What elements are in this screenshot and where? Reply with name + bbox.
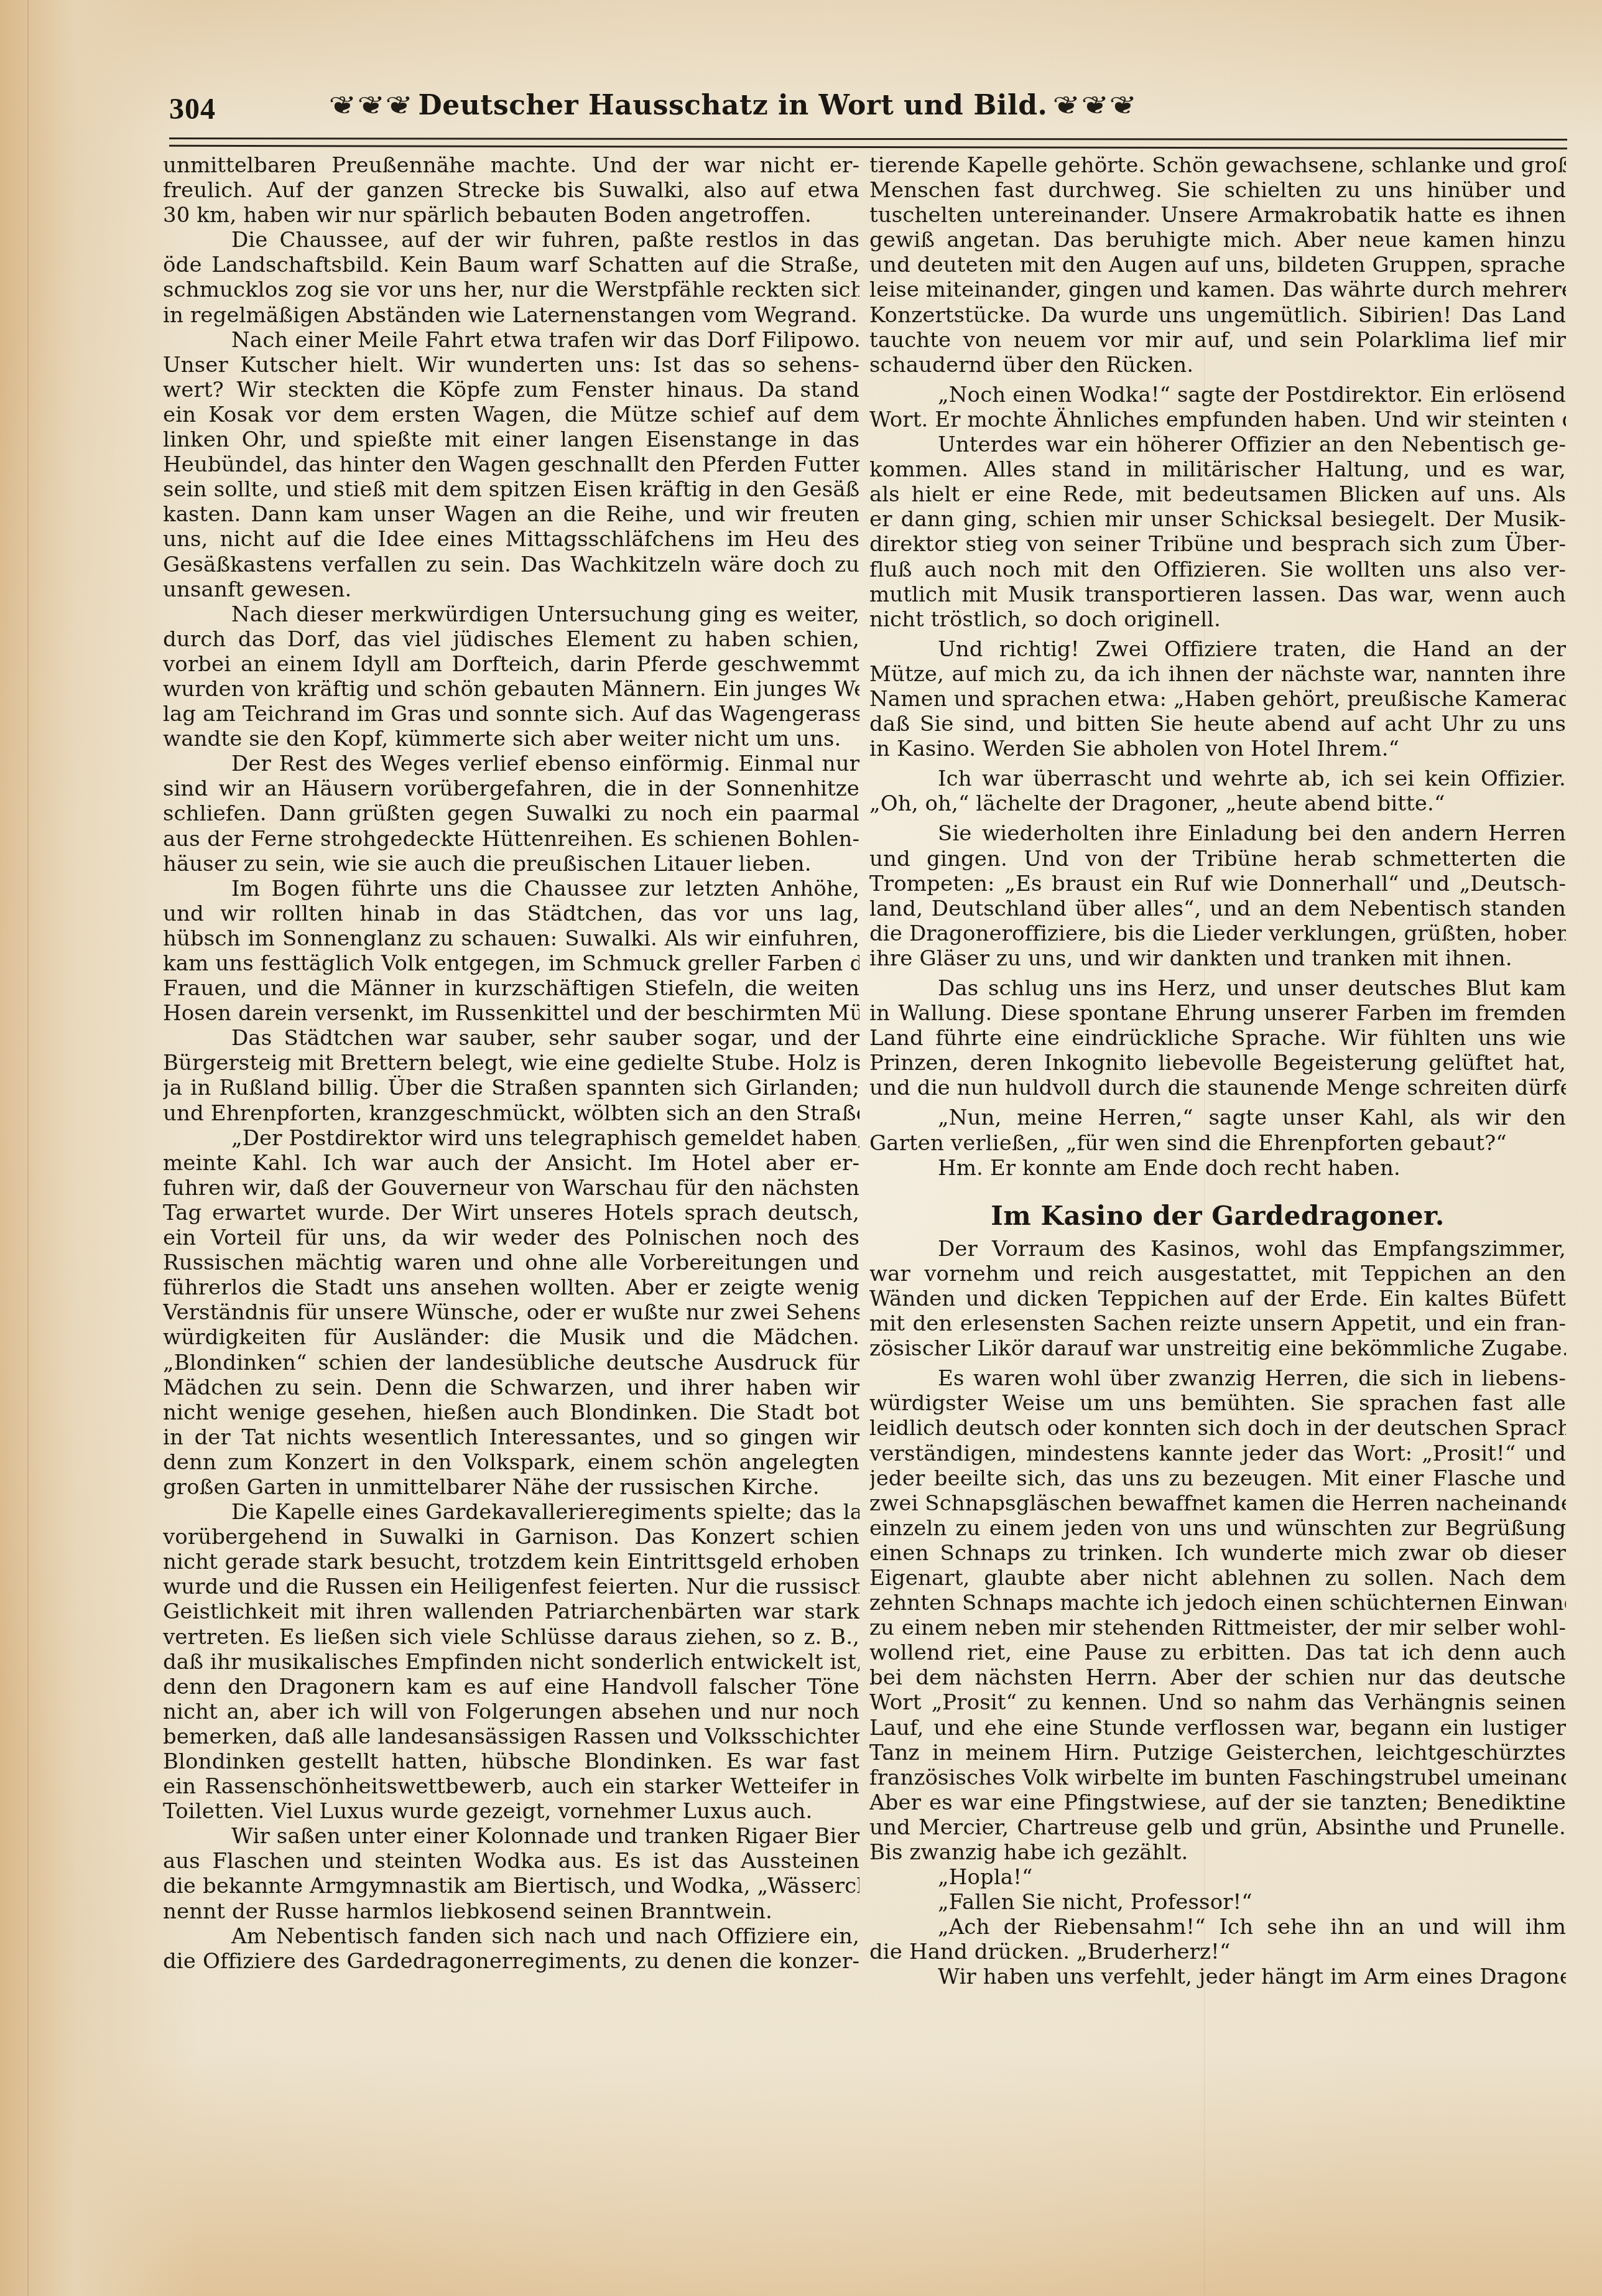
text-line: hübsch im Sonnenglanz zu schauen: Suwalk… <box>163 926 859 951</box>
text-line: führerlos die Stadt uns ansehen wollten.… <box>163 1275 859 1300</box>
text-line: nicht wenige gesehen, hießen auch Blondi… <box>163 1400 859 1425</box>
ornament-glyph: ❦ <box>357 93 385 118</box>
text-line: wollend riet, eine Pause zu erbitten. Da… <box>869 1640 1566 1665</box>
text-line: bei dem nächsten Herrn. Aber der schien … <box>869 1665 1566 1690</box>
text-line: „Ach der Riebensahm!“ Ich sehe ihn an un… <box>869 1915 1566 1940</box>
text-line: französisches Volk wirbelte im bunten Fa… <box>869 1765 1566 1790</box>
text-line: lag am Teichrand im Gras und sonnte sich… <box>163 702 859 727</box>
text-line: zehnten Schnaps machte ich jedoch einen … <box>869 1591 1566 1615</box>
text-line: linken Ohr, und spießte mit einer langen… <box>163 427 859 452</box>
page-fold-shadow <box>27 0 29 2296</box>
text-line: denn zum Konzert in den Volkspark, einem… <box>163 1450 859 1475</box>
text-line: 30 km, haben wir nur spärlich bebauten B… <box>163 203 859 228</box>
text-line: zösischer Likör darauf war unstreitig ei… <box>869 1336 1566 1361</box>
text-line: Wir haben uns verfehlt, jeder hängt im A… <box>869 1964 1566 1989</box>
text-line: in der Tat nichts wesentlich Interessant… <box>163 1425 859 1450</box>
text-line: Garten verließen, „für wen sind die Ehre… <box>869 1131 1566 1156</box>
text-line: Unterdes war ein höherer Offizier an den… <box>869 432 1566 457</box>
text-line: sein sollte, und stieß mit dem spitzen E… <box>163 477 859 502</box>
text-line: in regelmäßigen Abständen wie Laternenst… <box>163 303 859 328</box>
right-text-column: tierende Kapelle gehörte. Schön gewachse… <box>869 153 1566 1990</box>
header-rule-bottom <box>169 145 1567 150</box>
text-line: schliefen. Dann grüßten gegen Suwalki zu… <box>163 801 859 826</box>
ornament-glyph: ❦ <box>385 93 413 118</box>
text-line: die Hand drücken. „Bruderherz!“ <box>869 1940 1566 1964</box>
header-rule-top <box>169 137 1567 141</box>
text-line: Verständnis für unsere Wünsche, oder er … <box>163 1300 859 1325</box>
text-line: Ich war überrascht und wehrte ab, ich se… <box>869 766 1566 791</box>
text-line: Frauen, und die Männer in kurzschäftigen… <box>163 976 859 1001</box>
text-line: nicht tröstlich, so doch originell. <box>869 607 1566 632</box>
text-line: aus der Ferne strohgedeckte Hüttenreihen… <box>163 827 859 852</box>
right-column-body-after-heading: Der Vorraum des Kasinos, wohl das Empfan… <box>869 1237 1566 1990</box>
text-line: fluß auch noch mit den Offizieren. Sie w… <box>869 557 1566 582</box>
text-line: Aber es war eine Pfingstwiese, auf der s… <box>869 1790 1566 1815</box>
text-line: Die Chaussee, auf der wir fuhren, paßte … <box>163 228 859 253</box>
running-title-group: ❦ ❦ ❦ Deutscher Hausschatz in Wort und B… <box>332 90 1134 121</box>
ornament-glyph: ❦ <box>1081 93 1109 118</box>
text-line: Wänden und dicken Teppichen auf der Erde… <box>869 1286 1566 1311</box>
text-line: Land führte eine eindrückliche Sprache. … <box>869 1026 1566 1051</box>
text-line: „Fallen Sie nicht, Professor!“ <box>869 1890 1566 1915</box>
text-line: freulich. Auf der ganzen Strecke bis Suw… <box>163 178 859 203</box>
text-line: großen Garten in unmittelbarer Nähe der … <box>163 1475 859 1500</box>
text-line: würdigkeiten für Ausländer: die Musik un… <box>163 1325 859 1350</box>
text-line: Der Rest des Weges verlief ebenso einför… <box>163 751 859 776</box>
text-line: Tag erwartet wurde. Der Wirt unseres Hot… <box>163 1201 859 1225</box>
text-line: vorbei an einem Idyll am Dorfteich, dari… <box>163 652 859 677</box>
text-line: schaudernd über den Rücken. <box>869 353 1566 378</box>
text-line: Das Städtchen war sauber, sehr sauber so… <box>163 1026 859 1051</box>
publication-title: Deutscher Hausschatz in Wort und Bild. <box>419 90 1048 121</box>
text-line: daß Sie sind, und bitten Sie heute abend… <box>869 712 1566 737</box>
text-line: er dann ging, schien mir unser Schicksal… <box>869 507 1566 532</box>
text-line: würdigster Weise um uns bemühten. Sie sp… <box>869 1391 1566 1416</box>
text-line: Hm. Er konnte am Ende doch recht haben. <box>869 1156 1566 1181</box>
ornament-glyph: ❦ <box>328 93 356 118</box>
text-line: Prinzen, deren Inkognito liebevolle Bege… <box>869 1051 1566 1076</box>
text-line: die bekannte Armgymnastik am Biertisch, … <box>163 1874 859 1899</box>
text-line: Das schlug uns ins Herz, und unser deuts… <box>869 976 1566 1001</box>
text-line: Russischen mächtig waren und ohne alle V… <box>163 1250 859 1275</box>
text-line: ein Kosak vor dem ersten Wagen, die Mütz… <box>163 402 859 427</box>
text-line: Die Kapelle eines Gardekavallerieregimen… <box>163 1500 859 1525</box>
text-line: Unser Kutscher hielt. Wir wunderten uns:… <box>163 353 859 378</box>
text-line: tuschelten untereinander. Unsere Armakro… <box>869 203 1566 228</box>
text-line: wandte sie den Kopf, kümmerte sich aber … <box>163 727 859 751</box>
text-line: uns, nicht auf die Idee eines Mittagssch… <box>163 527 859 552</box>
text-line: einzeln zu einem jeden von uns und wünsc… <box>869 1516 1566 1541</box>
text-line: Namen und sprachen etwa: „Haben gehört, … <box>869 687 1566 712</box>
text-line: Mütze, auf mich zu, da ich ihnen der näc… <box>869 662 1566 687</box>
text-line: Heubündel, das hinter den Wagen geschnal… <box>163 452 859 477</box>
text-line: leidlich deutsch oder konnten sich doch … <box>869 1416 1566 1441</box>
text-line: sind wir an Häusern vorübergefahren, die… <box>163 776 859 801</box>
text-line: mutlich mit Musik transportieren lassen.… <box>869 582 1566 607</box>
text-line: Gesäßkastens verfallen zu sein. Das Wach… <box>163 552 859 577</box>
text-line: als hielt er eine Rede, mit bedeutsamen … <box>869 482 1566 507</box>
text-line: Geistlichkeit mit ihren wallenden Patria… <box>163 1599 859 1624</box>
text-line: und Ehrenpforten, kranzgeschmückt, wölbt… <box>163 1101 859 1126</box>
text-line: meinte Kahl. Ich war auch der Ansicht. I… <box>163 1151 859 1176</box>
text-line: vertreten. Es ließen sich viele Schlüsse… <box>163 1625 859 1650</box>
text-line: häuser zu sein, wie sie auch die preußis… <box>163 852 859 876</box>
text-line: fuhren wir, daß der Gouverneur von Warsc… <box>163 1176 859 1201</box>
text-line: ja in Rußland billig. Über die Straßen s… <box>163 1076 859 1100</box>
text-line: Nach einer Meile Fahrt etwa trafen wir d… <box>163 328 859 353</box>
floral-ornament-icon-left: ❦ ❦ ❦ <box>332 93 410 118</box>
text-line: Nach dieser merkwürdigen Untersuchung gi… <box>163 602 859 627</box>
text-line: jeder beeilte sich, das uns zu bezeugen.… <box>869 1466 1566 1491</box>
text-line: kam uns festtäglich Volk entgegen, im Sc… <box>163 951 859 976</box>
text-line: und wir rollten hinab in das Städtchen, … <box>163 901 859 926</box>
left-text-column: unmittelbaren Preußennähe machte. Und de… <box>163 153 859 1974</box>
text-line: mit den erlesensten Sachen reizte unsern… <box>869 1311 1566 1336</box>
text-line: Wort „Prosit“ zu kennen. Und so nahm das… <box>869 1690 1566 1715</box>
section-heading: Im Kasino der Gardedragoner. <box>869 1197 1566 1235</box>
text-line: „Hopla!“ <box>869 1865 1566 1890</box>
text-line: Lauf, und ehe eine Stunde verflossen war… <box>869 1716 1566 1741</box>
running-header: 304 ❦ ❦ ❦ Deutscher Hausschatz in Wort u… <box>169 87 1562 124</box>
text-line: öde Landschaftsbild. Kein Baum warf Scha… <box>163 253 859 277</box>
text-line: bemerken, daß alle landesansässigen Rass… <box>163 1724 859 1749</box>
text-line: verständigen, mindestens kannte jeder da… <box>869 1441 1566 1466</box>
page-number: 304 <box>169 92 216 126</box>
text-line: tierende Kapelle gehörte. Schön gewachse… <box>869 153 1566 178</box>
text-line: „Der Postdirektor wird uns telegraphisch… <box>163 1126 859 1151</box>
text-line: Tanz in meinem Hirn. Putzige Geisterchen… <box>869 1741 1566 1765</box>
text-line: Sie wiederholten ihre Einladung bei den … <box>869 821 1566 846</box>
text-line: „Oh, oh,“ lächelte der Dragoner, „heute … <box>869 791 1566 816</box>
text-line: leise miteinander, gingen und kamen. Das… <box>869 277 1566 302</box>
text-line: vorübergehend in Suwalki in Garnison. Da… <box>163 1525 859 1550</box>
text-line: Trompeten: „Es braust ein Ruf wie Donner… <box>869 871 1566 896</box>
text-line: in Kasino. Werden Sie abholen von Hotel … <box>869 737 1566 761</box>
text-line: die Offiziere des Gardedragonerregiments… <box>163 1949 859 1974</box>
text-line: Wort. Er mochte Ähnliches empfunden habe… <box>869 407 1566 432</box>
text-line: „Nun, meine Herren,“ sagte unser Kahl, a… <box>869 1105 1566 1130</box>
text-line: nicht gerade stark besucht, trotzdem kei… <box>163 1550 859 1574</box>
text-line: aus Flaschen und steinten Wodka aus. Es … <box>163 1849 859 1874</box>
text-line: tauchte von neuem vor mir auf, und sein … <box>869 328 1566 353</box>
text-line: und die nun huldvoll durch die staunende… <box>869 1076 1566 1100</box>
text-line: zwei Schnapsgläschen bewaffnet kamen die… <box>869 1491 1566 1516</box>
text-line: Bürgersteig mit Brettern belegt, wie ein… <box>163 1051 859 1076</box>
text-line: gewiß angetan. Das beruhigte mich. Aber … <box>869 228 1566 253</box>
right-column-body-before-heading: tierende Kapelle gehörte. Schön gewachse… <box>869 153 1566 1181</box>
text-line: kommen. Alles stand in militärischer Hal… <box>869 457 1566 482</box>
text-line: war vornehm und reich ausgestattet, mit … <box>869 1262 1566 1286</box>
text-line: Blondinken gestellt hatten, hübsche Blon… <box>163 1749 859 1774</box>
text-line: „Blondinken“ schien der landesübliche de… <box>163 1350 859 1375</box>
text-line: denn den Dragonern kam es auf eine Handv… <box>163 1675 859 1699</box>
text-line: zu einem neben mir stehenden Rittmeister… <box>869 1615 1566 1640</box>
text-line: Bis zwanzig habe ich gezählt. <box>869 1840 1566 1865</box>
text-line: Menschen fast durchweg. Sie schielten zu… <box>869 178 1566 203</box>
text-line: und gingen. Und von der Tribüne herab sc… <box>869 847 1566 871</box>
text-line: in Wallung. Diese spontane Ehrung unsere… <box>869 1001 1566 1026</box>
text-line: einen Schnaps zu trinken. Ich wunderte m… <box>869 1541 1566 1566</box>
text-line: nennt der Russe harmlos liebkosend seine… <box>163 1899 859 1924</box>
text-line: schmucklos zog sie vor uns her, nur die … <box>163 277 859 302</box>
ornament-glyph: ❦ <box>1109 93 1137 118</box>
text-line: ein Rassenschönheitswettbewerb, auch ein… <box>163 1774 859 1799</box>
text-line: Eigenart, glaubte aber nicht ablehnen zu… <box>869 1566 1566 1591</box>
text-line: unmittelbaren Preußennähe machte. Und de… <box>163 153 859 178</box>
floral-ornament-icon-right: ❦ ❦ ❦ <box>1056 93 1134 118</box>
text-line: unsanft gewesen. <box>163 577 859 602</box>
text-line: Und richtig! Zwei Offiziere traten, die … <box>869 637 1566 662</box>
text-line: daß ihr musikalisches Empfinden nicht so… <box>163 1650 859 1675</box>
text-line: durch das Dorf, das viel jüdisches Eleme… <box>163 627 859 652</box>
text-line: Der Vorraum des Kasinos, wohl das Empfan… <box>869 1237 1566 1262</box>
text-line: wurde und die Russen ein Heiligenfest fe… <box>163 1574 859 1599</box>
text-line: land, Deutschland über alles“, und an de… <box>869 896 1566 921</box>
text-line: direktor stieg von seiner Tribüne und be… <box>869 532 1566 557</box>
text-line: Hosen darein versenkt, im Russenkittel u… <box>163 1001 859 1026</box>
text-line: ein Vorteil für uns, da wir weder des Po… <box>163 1225 859 1250</box>
text-line: wurden von kräftig und schön gebauten Mä… <box>163 677 859 702</box>
text-line: wert? Wir steckten die Köpfe zum Fenster… <box>163 378 859 402</box>
text-line: und deuteten mit den Augen auf uns, bild… <box>869 253 1566 277</box>
text-line: Am Nebentisch fanden sich nach und nach … <box>163 1924 859 1949</box>
text-line: kasten. Dann kam unser Wagen an die Reih… <box>163 502 859 527</box>
text-line: Wir saßen unter einer Kolonnade und tran… <box>163 1824 859 1849</box>
text-line: „Noch einen Wodka!“ sagte der Postdirekt… <box>869 383 1566 407</box>
ornament-glyph: ❦ <box>1053 93 1081 118</box>
text-line: die Dragoneroffiziere, bis die Lieder ve… <box>869 921 1566 946</box>
text-line: Mädchen zu sein. Denn die Schwarzen, und… <box>163 1375 859 1400</box>
text-line: Konzertstücke. Da wurde uns ungemütlich.… <box>869 303 1566 328</box>
text-line: Es waren wohl über zwanzig Herren, die s… <box>869 1366 1566 1391</box>
text-line: Im Bogen führte uns die Chaussee zur let… <box>163 876 859 901</box>
text-line: nicht an, aber ich will von Folgerungen … <box>163 1699 859 1724</box>
text-line: und Mercier, Chartreuse gelb und grün, A… <box>869 1815 1566 1840</box>
text-line: ihre Gläser zu uns, und wir dankten und … <box>869 946 1566 971</box>
text-line: Toiletten. Viel Luxus wurde gezeigt, vor… <box>163 1799 859 1824</box>
